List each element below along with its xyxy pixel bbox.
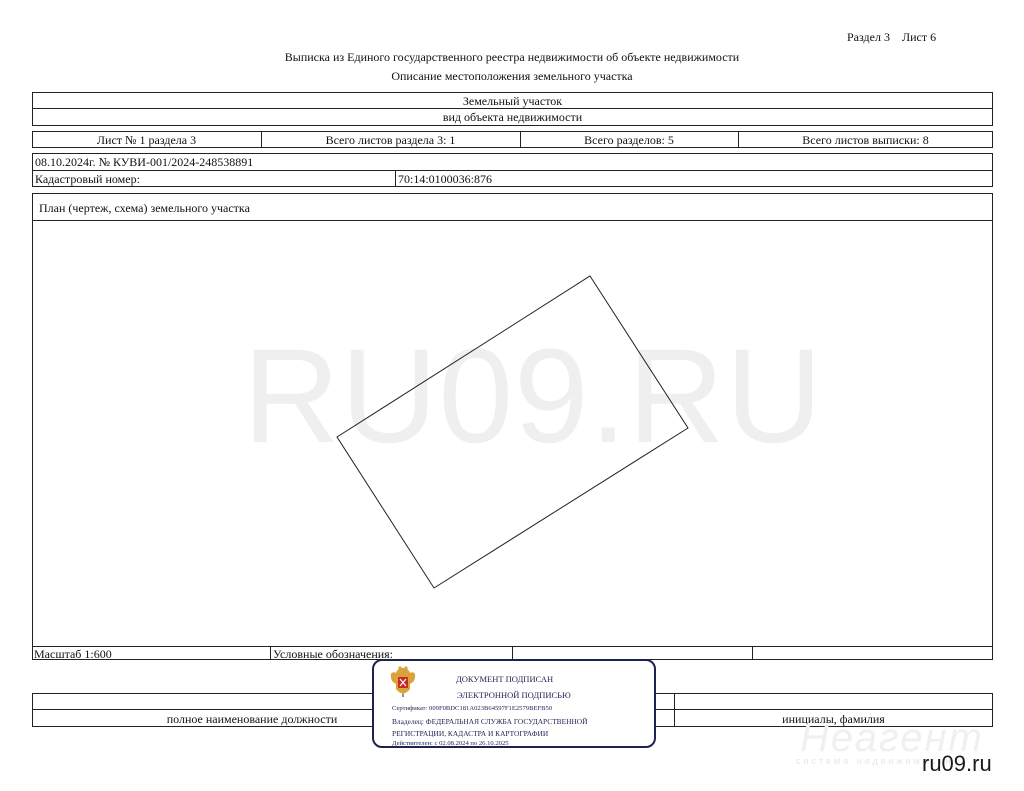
legend-label: Условные обозначения: [273,648,393,660]
electronic-signature-stamp: ДОКУМЕНТ ПОДПИСАН ЭЛЕКТРОННОЙ ПОДПИСЬЮ С… [372,659,656,748]
stamp-owner-line-2: РЕГИСТРАЦИИ, КАДАСТРА И КАРТОГРАФИИ [392,730,548,737]
stamp-certificate: Сертификат: 009F0BDC181A023B64597F1E2579… [392,706,552,713]
parcel-boundary [337,276,688,588]
stamp-line-2: ЭЛЕКТРОННОЙ ПОДПИСЬЮ [457,691,571,700]
russian-coat-of-arms-icon [388,665,418,697]
site-brand: ru09.ru [922,753,992,775]
stamp-owner-line-1: Владелец: ФЕДЕРАЛЬНАЯ СЛУЖБА ГОСУДАРСТВЕ… [392,718,587,725]
stamp-line-1: ДОКУМЕНТ ПОДПИСАН [456,675,553,684]
scale-label: Масштаб 1:600 [34,648,112,660]
stamp-validity: Действителен: с 02.08.2024 по 26.10.2025 [392,741,509,748]
